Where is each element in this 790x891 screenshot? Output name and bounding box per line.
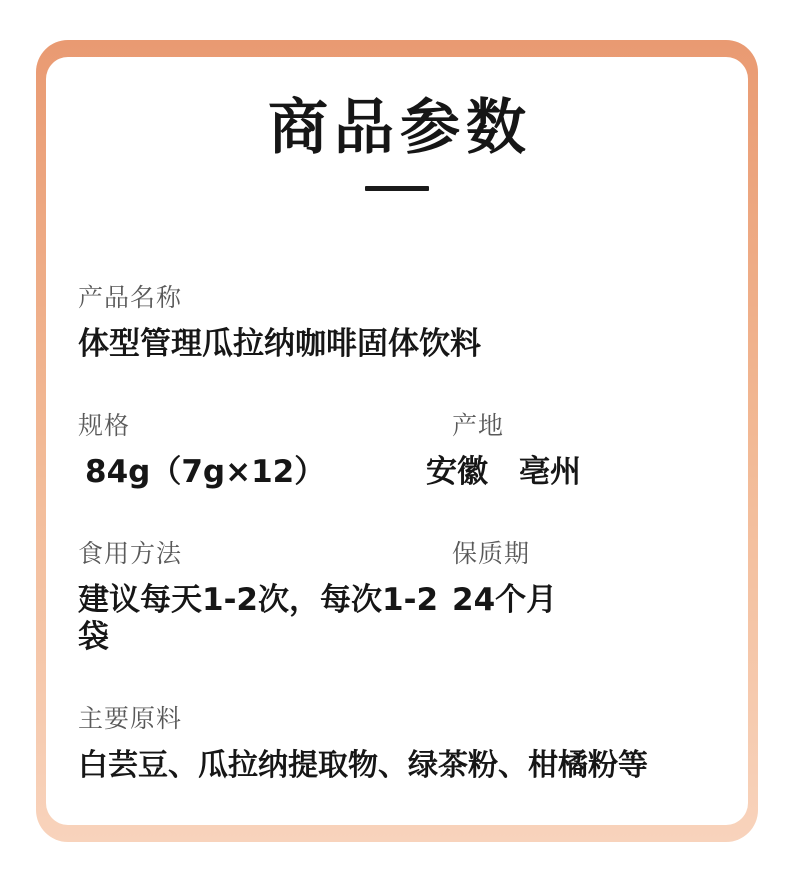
usage-label: 食用方法: [78, 539, 452, 569]
field-spec: 规格 84g（7g×12）: [78, 411, 452, 491]
origin-value: 安徽 亳州: [426, 454, 716, 491]
ingredients-value: 白芸豆、瓜拉纳提取物、绿茶粉、柑橘粉等: [78, 747, 716, 784]
field-ingredients: 主要原料 白芸豆、瓜拉纳提取物、绿茶粉、柑橘粉等: [78, 704, 716, 784]
field-shelf-life: 保质期 24个月: [452, 539, 716, 656]
origin-label: 产地: [452, 411, 716, 441]
spec-value: 84g（7g×12）: [78, 454, 452, 491]
card-gradient-frame: 商品参数 产品名称 体型管理瓜拉纳咖啡固体饮料 规格 84g（7g×12） 产地: [36, 40, 758, 842]
shelf-life-value: 24个月: [452, 582, 716, 619]
usage-value: 建议每天1-2次，每次1-2袋: [78, 582, 452, 656]
row-spec-origin: 规格 84g（7g×12） 产地 安徽 亳州: [78, 411, 716, 491]
product-name-value: 体型管理瓜拉纳咖啡固体饮料: [78, 326, 716, 363]
product-parameters-card: 商品参数 产品名称 体型管理瓜拉纳咖啡固体饮料 规格 84g（7g×12） 产地: [46, 57, 748, 825]
product-parameters-page: 商品参数 产品名称 体型管理瓜拉纳咖啡固体饮料 规格 84g（7g×12） 产地: [0, 0, 790, 891]
field-product-name: 产品名称 体型管理瓜拉纳咖啡固体饮料: [78, 283, 716, 363]
product-name-label: 产品名称: [78, 283, 716, 313]
row-usage-shelflife: 食用方法 建议每天1-2次，每次1-2袋 保质期 24个月: [78, 539, 716, 656]
fields-list: 产品名称 体型管理瓜拉纳咖啡固体饮料 规格 84g（7g×12） 产地 安徽 亳…: [78, 283, 716, 784]
shelf-life-label: 保质期: [452, 539, 716, 569]
title-underline: [365, 186, 429, 191]
field-usage: 食用方法 建议每天1-2次，每次1-2袋: [78, 539, 452, 656]
field-origin: 产地 安徽 亳州: [452, 411, 716, 491]
ingredients-label: 主要原料: [78, 704, 716, 734]
page-title: 商品参数: [78, 97, 716, 160]
spec-label: 规格: [78, 411, 452, 441]
